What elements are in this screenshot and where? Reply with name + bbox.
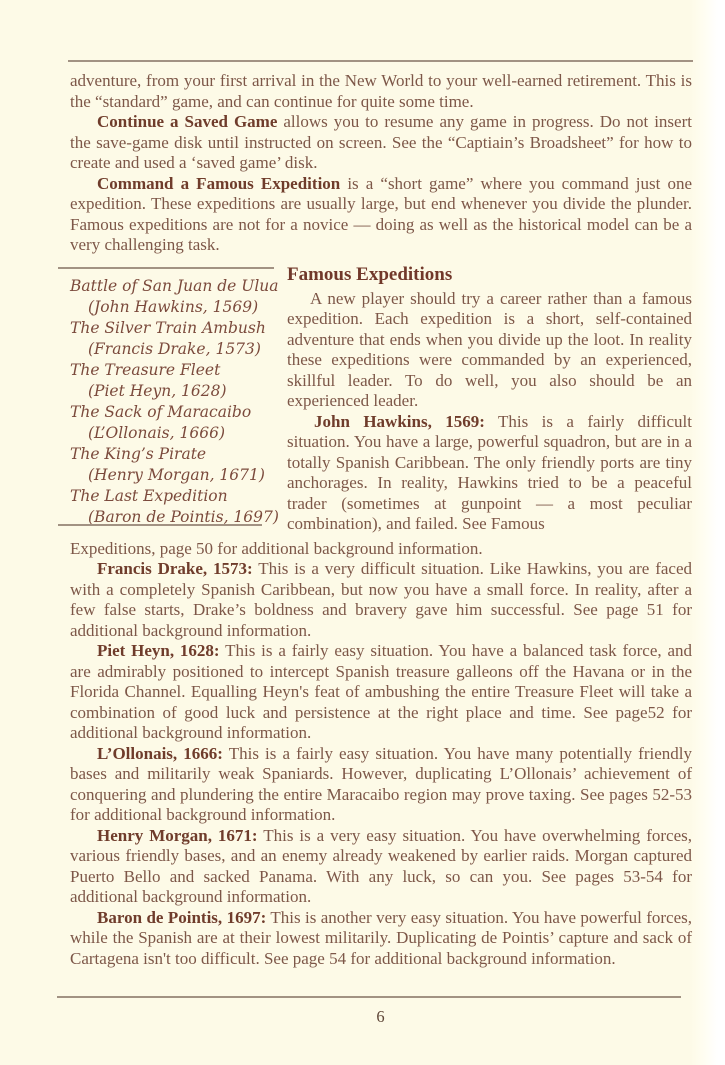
- francis-drake-lead: Francis Drake, 1573:: [97, 559, 253, 578]
- section-heading: Famous Expeditions: [287, 264, 692, 286]
- paragraph-baron-de-pointis: Baron de Pointis, 1697: This is another …: [70, 908, 692, 970]
- page-number: 6: [70, 1007, 692, 1028]
- expedition-title: The King’s Pirate: [70, 444, 282, 465]
- paragraph-piet-heyn: Piet Heyn, 1628: This is a fairly easy s…: [70, 641, 692, 744]
- expedition-detail: (Piet Heyn, 1628): [70, 381, 282, 402]
- sidebar-top-rule: [58, 267, 274, 269]
- manual-page: adventure, from your first arrival in th…: [0, 0, 725, 1065]
- list-item: The Sack of Maracaibo (L’Ollonais, 1666): [70, 402, 282, 444]
- list-item: The Last Expedition (Baron de Pointis, 1…: [70, 486, 282, 528]
- famous-expeditions-column: Famous Expeditions A new player should t…: [282, 264, 692, 535]
- paragraph-command-famous-expedition: Command a Famous Expedition is a “short …: [70, 174, 692, 256]
- paragraph-continue-saved-game: Continue a Saved Game allows you to resu…: [70, 112, 692, 174]
- paragraph-section-intro: A new player should try a career rather …: [287, 289, 692, 412]
- page-content: adventure, from your first arrival in th…: [70, 71, 692, 1028]
- expedition-detail: (Henry Morgan, 1671): [70, 465, 282, 486]
- paragraph-francis-drake: Francis Drake, 1573: This is a very diff…: [70, 559, 692, 641]
- list-item: The Treasure Fleet (Piet Heyn, 1628): [70, 360, 282, 402]
- lollonais-lead: L’Ollonais, 1666:: [97, 744, 223, 763]
- famous-expeditions-section: Battle of San Juan de Ulua (John Hawkins…: [70, 264, 692, 536]
- henry-morgan-lead: Henry Morgan, 1671:: [97, 826, 258, 845]
- list-item: Battle of San Juan de Ulua (John Hawkins…: [70, 276, 282, 318]
- expedition-title: Battle of San Juan de Ulua: [70, 276, 282, 297]
- expedition-title: The Silver Train Ambush: [70, 318, 282, 339]
- piet-heyn-lead: Piet Heyn, 1628:: [97, 641, 220, 660]
- command-famous-expedition-lead: Command a Famous Expedition: [97, 174, 340, 193]
- expedition-title: The Last Expedition: [70, 486, 282, 507]
- expedition-detail: (L’Ollonais, 1666): [70, 423, 282, 444]
- paragraph-henry-morgan: Henry Morgan, 1671: This is a very easy …: [70, 826, 692, 908]
- bottom-divider-rule: [57, 996, 681, 998]
- expedition-title: The Treasure Fleet: [70, 360, 282, 381]
- baron-de-pointis-lead: Baron de Pointis, 1697:: [97, 908, 266, 927]
- paragraph-hawkins-continuation: Expeditions, page 50 for additional back…: [70, 539, 692, 560]
- expedition-detail: (Francis Drake, 1573): [70, 339, 282, 360]
- paragraph-lollonais: L’Ollonais, 1666: This is a fairly easy …: [70, 744, 692, 826]
- list-item: The King’s Pirate (Henry Morgan, 1671): [70, 444, 282, 486]
- expedition-title: The Sack of Maracaibo: [70, 402, 282, 423]
- expedition-detail: (John Hawkins, 1569): [70, 297, 282, 318]
- list-item: The Silver Train Ambush (Francis Drake, …: [70, 318, 282, 360]
- top-divider-rule: [68, 60, 693, 62]
- john-hawkins-lead: John Hawkins, 1569:: [314, 412, 485, 431]
- paragraph-career-continuation: adventure, from your first arrival in th…: [70, 71, 692, 112]
- sidebar-bottom-rule: [58, 524, 262, 526]
- expedition-list-sidebar: Battle of San Juan de Ulua (John Hawkins…: [70, 264, 282, 528]
- paragraph-john-hawkins: John Hawkins, 1569: This is a fairly dif…: [287, 412, 692, 535]
- continue-saved-game-lead: Continue a Saved Game: [97, 112, 277, 131]
